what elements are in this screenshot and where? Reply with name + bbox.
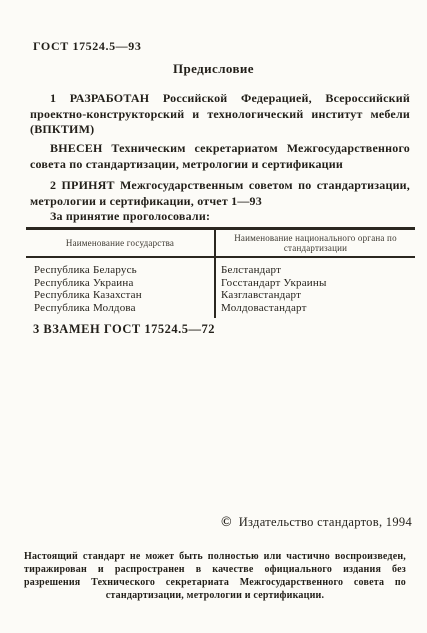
state-cell: Республика Молдова: [34, 302, 214, 315]
state-cell: Республика Казахстан: [34, 289, 214, 302]
column-header-state: Наименование государства: [26, 230, 216, 256]
voting-table-header-row: Наименование государства Наименование на…: [26, 230, 415, 258]
state-column: Республика Беларусь Республика Украина Р…: [26, 258, 216, 318]
publisher-text: Издательство стандартов, 1994: [239, 515, 412, 529]
voting-table: Наименование государства Наименование на…: [26, 227, 415, 318]
state-cell: Республика Украина: [34, 277, 214, 290]
copyright-line: ©Издательство стандартов, 1994: [221, 515, 412, 531]
gost-preface-page: ГОСТ 17524.5—93 Предисловие 1 РАЗРАБОТАН…: [0, 0, 427, 633]
paragraph-voted-intro: За принятие проголосовали:: [30, 209, 410, 225]
doc-number: ГОСТ 17524.5—93: [33, 39, 142, 54]
copyright-icon: ©: [221, 515, 232, 530]
reproduction-notice: Настоящий стандарт не может быть полност…: [24, 550, 406, 602]
paragraph-developed: 1 РАЗРАБОТАН Российской Федерацией, Всер…: [30, 91, 410, 138]
paragraph-adopted: 2 ПРИНЯТ Межгосударственным советом по с…: [30, 178, 410, 209]
column-header-org: Наименование национального органа по ста…: [216, 230, 415, 256]
paragraph-submitted: ВНЕСЕН Техническим секретариатом Межгосу…: [30, 141, 410, 172]
state-cell: Республика Беларусь: [34, 264, 214, 277]
org-cell: Белстандарт: [221, 264, 415, 277]
org-cell: Казглавстандарт: [221, 289, 415, 302]
org-column: Белстандарт Госстандарт Украины Казглавс…: [216, 258, 415, 318]
page-title: Предисловие: [0, 61, 427, 77]
paragraph-replaces: 3 ВЗАМЕН ГОСТ 17524.5—72: [33, 322, 215, 337]
org-cell: Молдовастандарт: [221, 302, 415, 315]
org-cell: Госстандарт Украины: [221, 277, 415, 290]
voting-table-body: Республика Беларусь Республика Украина Р…: [26, 258, 415, 318]
